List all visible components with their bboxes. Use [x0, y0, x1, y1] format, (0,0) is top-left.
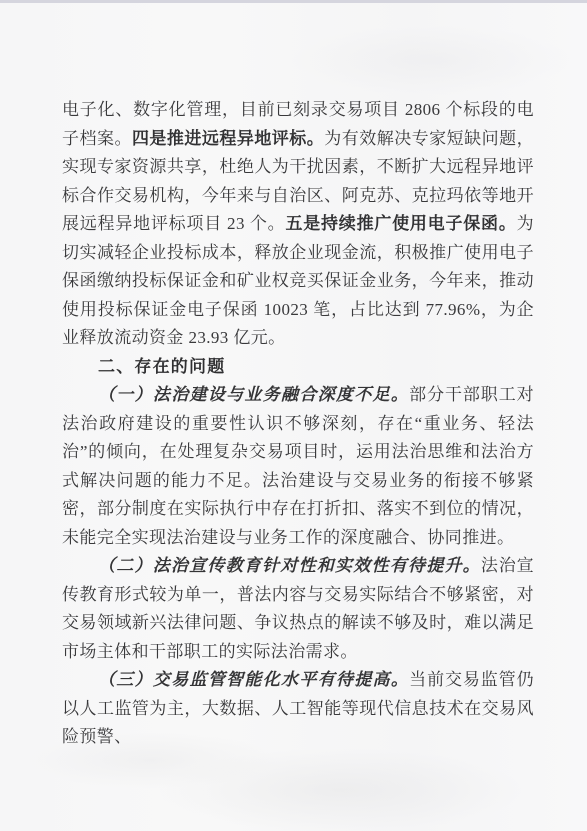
item-lead-phrase: （三）交易监管智能化水平有待提高。 — [98, 670, 409, 689]
item-lead-phrase: （二）法治宣传教育针对性和实效性有待提升。 — [98, 556, 481, 575]
scanned-document-page: 电子化、数字化管理，目前已刻录交易项目 2806 个标段的电子档案。四是推进远程… — [0, 0, 587, 831]
inline-bold-head: 四是推进远程异地评标。 — [132, 129, 324, 148]
section-heading: 二、存在的问题 — [62, 353, 534, 382]
paragraph: （三）交易监管智能化水平有待提高。当前交易监管仍以人工监管为主，大数据、人工智能… — [62, 666, 534, 752]
scan-edge-top — [0, 0, 587, 3]
document-body: 电子化、数字化管理，目前已刻录交易项目 2806 个标段的电子档案。四是推进远程… — [62, 96, 534, 752]
paragraph: 电子化、数字化管理，目前已刻录交易项目 2806 个标段的电子档案。四是推进远程… — [62, 96, 534, 353]
paragraph: （二）法治宣传教育针对性和实效性有待提升。法治宣传教育形式较为单一，普法内容与交… — [62, 552, 534, 666]
paragraph: （一）法治建设与业务融合深度不足。部分干部职工对法治政府建设的重要性认识不够深刻… — [62, 381, 534, 552]
inline-bold-head: 五是持续推广使用电子保函。 — [285, 214, 516, 233]
text-run: 为切实减轻企业投标成本，释放企业现金流，积极推广使用电子保函缴纳投标保证金和矿业… — [62, 214, 534, 347]
item-lead-phrase: （一）法治建设与业务融合深度不足。 — [98, 385, 409, 404]
text-run: 二、存在的问题 — [98, 357, 225, 376]
text-run: 部分干部职工对法治政府建设的重要性认识不够深刻，存在“重业务、轻法治”的倾向，在… — [62, 385, 534, 547]
